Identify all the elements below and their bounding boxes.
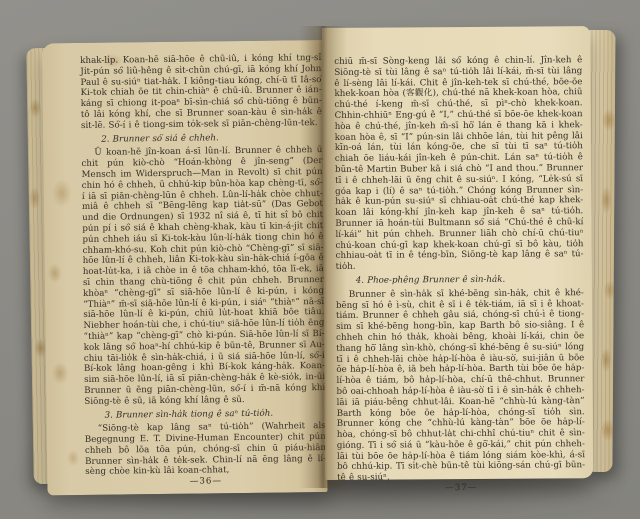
left-page: khak-li̍p. Koan-hē siā-hōe ê chū-iû, i k… bbox=[42, 40, 328, 495]
page-number-right: —37— bbox=[337, 482, 585, 495]
section-heading-2: 2. Brunner só͘ siá ê chheh. bbox=[81, 132, 322, 146]
left-page-text: khak-li̍p. Koan-hē siā-hōe ê chū-iû, i k… bbox=[80, 53, 326, 489]
right-page: chiū m̄-sī Sòng-keng lāi só͘ kóng ê chin… bbox=[322, 26, 593, 480]
paragraph: Ū koan-hē jîn-koan á-sī lûn-lí. Brunner … bbox=[81, 145, 325, 407]
paragraph: “Siōng-tè kap lâng saⁿ tú-tio̍h” (Wahrhe… bbox=[85, 421, 327, 478]
paragraph: Brunner ê sìn-ha̍k sī khé-bēng sìn-ha̍k,… bbox=[336, 288, 585, 484]
section-heading-3: 3. Brunner sìn-ha̍k tiong ê saⁿ tú-tio̍h… bbox=[85, 408, 326, 422]
section-heading-4: 4. Phoe-phêng Brunner ê sìn-ha̍k. bbox=[336, 275, 584, 288]
paragraph: chiū m̄-sī Sòng-keng lāi só͘ kóng ê chin… bbox=[334, 55, 584, 273]
right-page-text: chiū m̄-sī Sòng-keng lāi só͘ kóng ê chin… bbox=[334, 55, 585, 495]
book-photograph: khak-li̍p. Koan-hē siā-hōe ê chū-iû, i k… bbox=[0, 0, 640, 519]
paragraph: khak-li̍p. Koan-hē siā-hōe ê chū-iû, i k… bbox=[80, 53, 322, 132]
